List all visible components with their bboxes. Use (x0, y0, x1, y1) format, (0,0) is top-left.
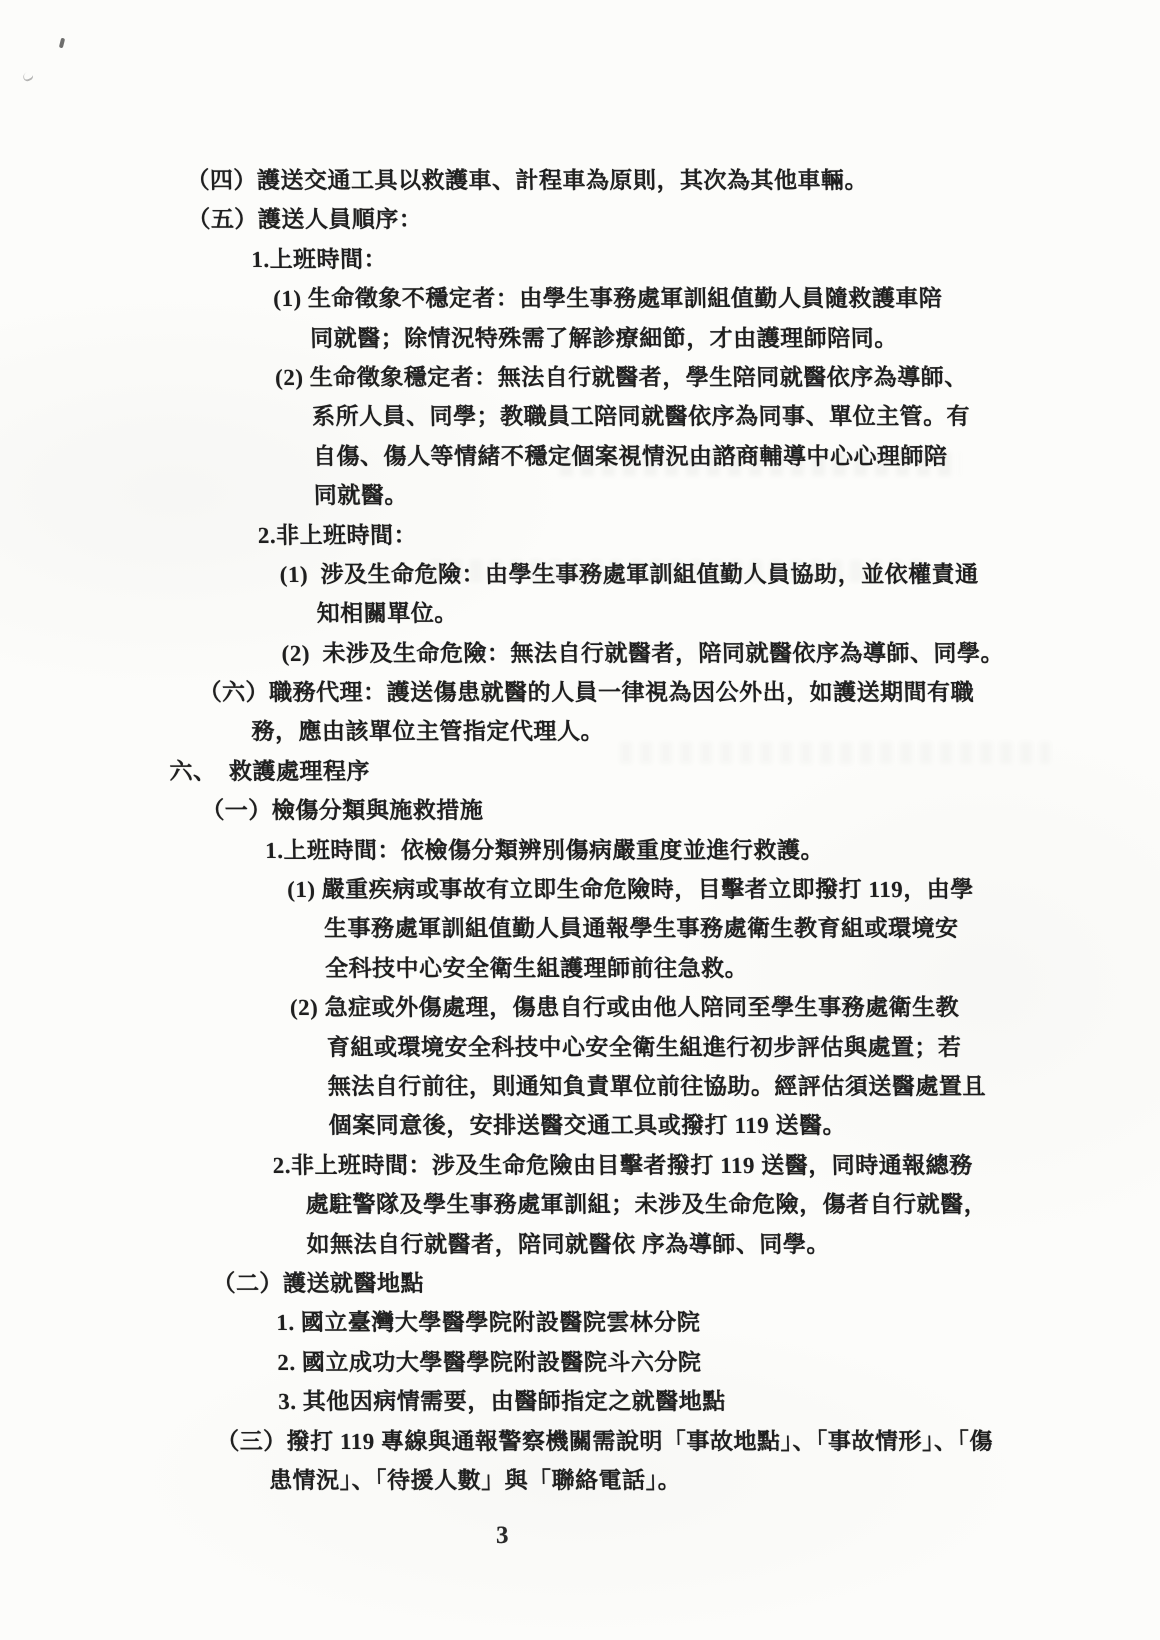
text-line: 務，應由該單位主管指定代理人。 (251, 712, 1160, 751)
text-line: 2.非上班時間： (257, 516, 1160, 555)
text-line: 如無法自行就醫者，陪同就醫依 序為導師、同學。 (306, 1225, 1160, 1264)
text-line: （四）護送交通工具以救護車、計程車為原則，其次為其他車輛。 (186, 161, 1160, 200)
text-line: （五）護送人員順序： (187, 200, 1160, 239)
text-line: 育組或環境安全科技中心安全衛生組進行初步評估與處置；若 (326, 1028, 1160, 1067)
text-line: 系所人員、同學；教職員工陪同就醫依序為同事、單位主管。有 (312, 397, 1160, 436)
text-line: (2) 生命徵象穩定者：無法自行就醫者，學生陪同就醫依序為導師、 (275, 358, 1160, 397)
text-line: (2) 未涉及生命危險：無法自行就醫者，陪同就醫依序為導師、同學。 (281, 634, 1160, 673)
text-line: 1.上班時間：依檢傷分類辨別傷病嚴重度並進行救護。 (265, 831, 1160, 870)
text-line: 同就醫。 (313, 476, 1160, 515)
text-line: (1) 涉及生命危險：由學生事務處軍訓組值勤人員協助，並依權責通 (279, 555, 1160, 594)
text-line: 無法自行前往，則通知負責單位前往協助。經評估須送醫處置且 (327, 1067, 1160, 1106)
text-line: （二）護送就醫地點 (212, 1264, 1160, 1303)
text-line: (1) 嚴重疾病或事故有立即生命危險時，目擊者立即撥打 119，由學 (287, 870, 1160, 909)
text-line: （三）撥打 119 專線與通報警察機關需說明「事故地點」、「事故情形」、「傷 (216, 1422, 1160, 1461)
text-line: （一）檢傷分類與施救措施 (201, 791, 1160, 830)
text-line: 生事務處軍訓組值勤人員通報學生事務處衛生教育組或環境安 (324, 909, 1160, 948)
text-line: (2) 急症或外傷處理，傷患自行或由他人陪同至學生事務處衛生教 (289, 988, 1160, 1027)
section-heading: 六、 救護處理程序 (169, 752, 1160, 791)
text-line: 2.非上班時間：涉及生命危險由目擊者撥打 119 送醫，同時通報總務 (272, 1146, 1160, 1185)
scan-speck-artifact (22, 70, 35, 82)
text-line: 同就醫；除情況特殊需了解診療細節，才由護理師陪同。 (310, 319, 1160, 358)
text-line: 全科技中心安全衛生組護理師前往急救。 (325, 949, 1160, 988)
document-page: （四）護送交通工具以救護車、計程車為原則，其次為其他車輛。 （五）護送人員順序：… (0, 0, 1160, 1640)
document-text-block: （四）護送交通工具以救護車、計程車為原則，其次為其他車輛。 （五）護送人員順序：… (0, 161, 1160, 1500)
text-line: 個案同意後，安排送醫交通工具或撥打 119 送醫。 (328, 1106, 1160, 1145)
text-line: 1.上班時間： (251, 240, 1160, 279)
page-number: 3 (496, 1522, 509, 1550)
text-line: （六）職務代理：護送傷患就醫的人員一律視為因公外出，如護送期間有職 (198, 673, 1160, 712)
text-line: 3. 其他因病情需要，由醫師指定之就醫地點 (278, 1382, 1160, 1421)
text-line: 知相關單位。 (316, 594, 1160, 633)
text-line: (1) 生命徵象不穩定者：由學生事務處軍訓組值勤人員隨救護車陪 (273, 279, 1160, 318)
text-line: 2. 國立成功大學醫學院附設醫院斗六分院 (277, 1343, 1160, 1382)
text-line: 患情況」、「待援人數」與「聯絡電話」。 (269, 1461, 1160, 1500)
text-line: 1. 國立臺灣大學醫學院附設醫院雲林分院 (276, 1303, 1160, 1342)
text-line: 處駐警隊及學生事務處軍訓組；未涉及生命危險，傷者自行就醫， (305, 1185, 1160, 1224)
scan-speck-artifact (59, 38, 65, 49)
text-line: 自傷、傷人等情緒不穩定個案視情況由諮商輔導中心心理師陪 (312, 437, 1160, 476)
